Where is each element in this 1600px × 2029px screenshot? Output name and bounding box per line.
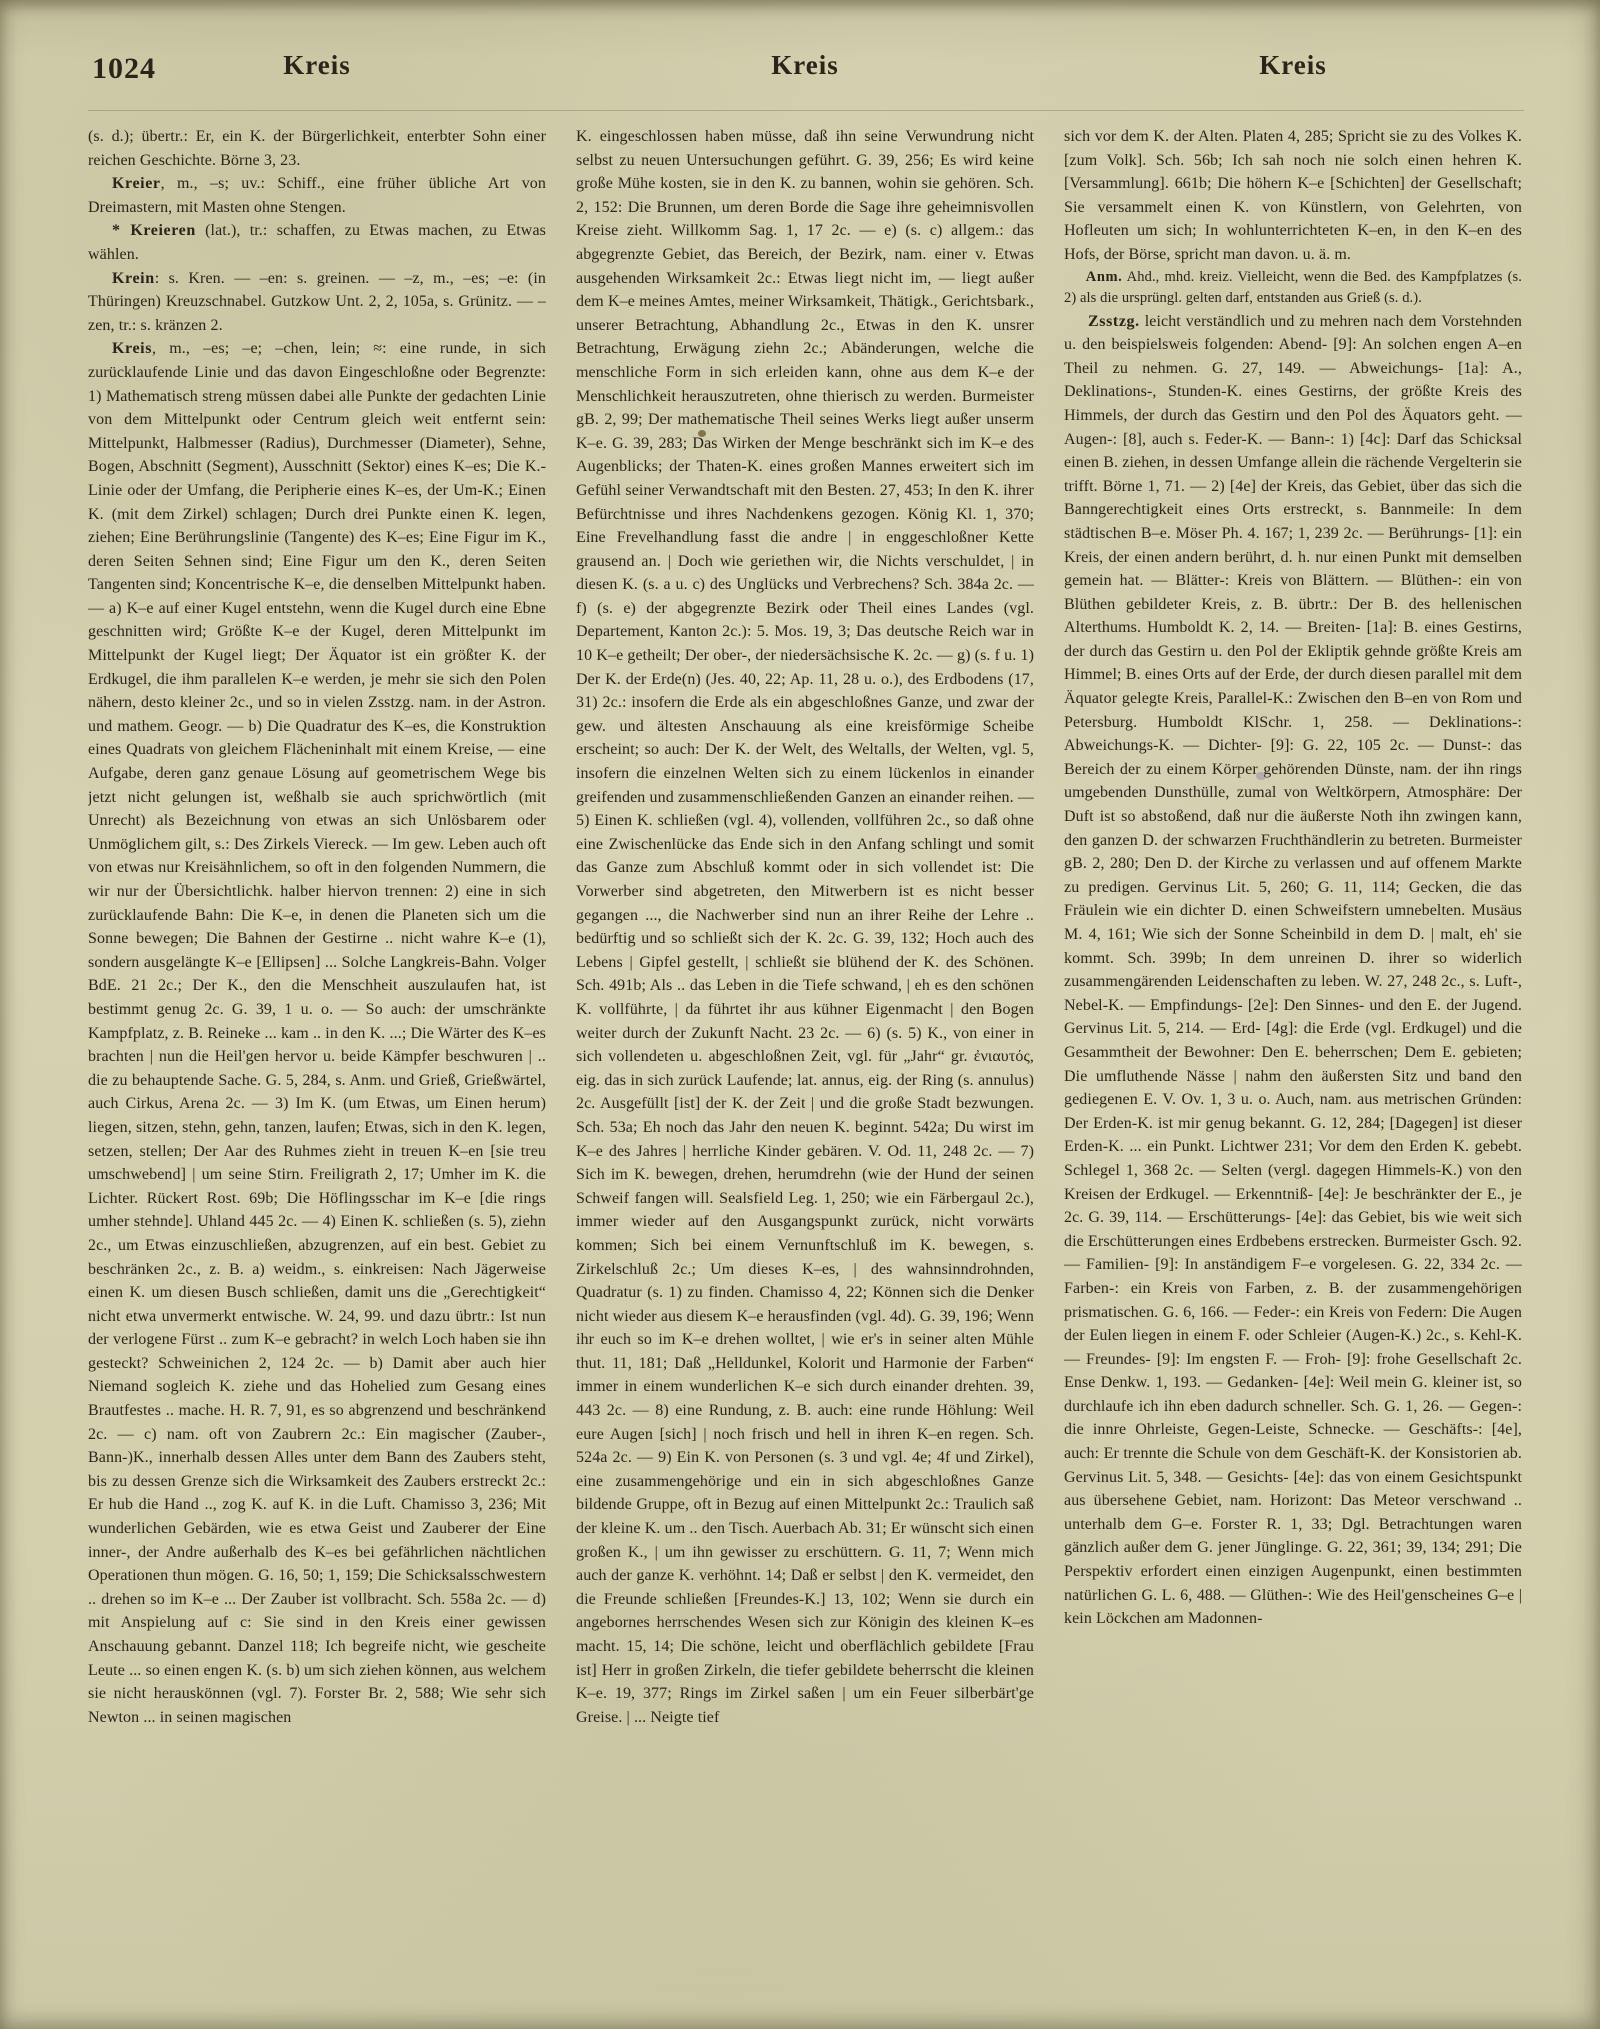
- paragraph: K. eingeschlossen haben müsse, daß ihn s…: [576, 125, 1034, 1729]
- paragraph: * Kreieren (lat.), tr.: schaffen, zu Etw…: [88, 219, 546, 266]
- paragraph: (s. d.); übertr.: Er, ein K. der Bürgerl…: [88, 125, 546, 172]
- running-title-column-2: Kreis: [576, 44, 1034, 81]
- text-columns: (s. d.); übertr.: Er, ein K. der Bürgerl…: [88, 125, 1524, 1949]
- paragraph: Kreier, m., –s; uv.: Schiff., eine frühe…: [88, 172, 546, 219]
- entry-headword: Kreier: [112, 175, 161, 192]
- header-rule: [88, 110, 1524, 111]
- text-column-1: (s. d.); übertr.: Er, ein K. der Bürgerl…: [88, 125, 546, 1949]
- entry-headword: Zsstzg.: [1088, 313, 1140, 330]
- entry-headword: Anm.: [1086, 269, 1123, 285]
- page-number: 1024: [92, 52, 156, 86]
- paragraph: Kreis, m., –es; –e; –chen, lein; ≈: eine…: [88, 337, 546, 1729]
- text-column-3: sich vor dem K. der Alten. Platen 4, 285…: [1064, 125, 1522, 1949]
- paragraph: Krein: s. Kren. — –en: s. greinen. — –z,…: [88, 267, 546, 338]
- paragraph: Zsstzg. leicht verständlich und zu mehre…: [1064, 310, 1522, 1631]
- paragraph: sich vor dem K. der Alten. Platen 4, 285…: [1064, 125, 1522, 267]
- entry-headword: Kreis: [112, 340, 152, 357]
- running-title-column-1: Kreis: [88, 44, 546, 81]
- text-column-2: K. eingeschlossen haben müsse, daß ihn s…: [576, 125, 1034, 1949]
- running-title-column-3: Kreis: [1064, 44, 1522, 81]
- entry-headword: * Kreieren: [112, 222, 196, 239]
- entry-headword: Krein: [112, 270, 155, 287]
- dictionary-page-scan: 1024 Kreis Kreis Kreis (s. d.); übertr.:…: [0, 0, 1600, 2029]
- paragraph: Anm. Ahd., mhd. kreiz. Vielleicht, wenn …: [1064, 267, 1522, 310]
- running-header: 1024 Kreis Kreis Kreis: [88, 44, 1524, 108]
